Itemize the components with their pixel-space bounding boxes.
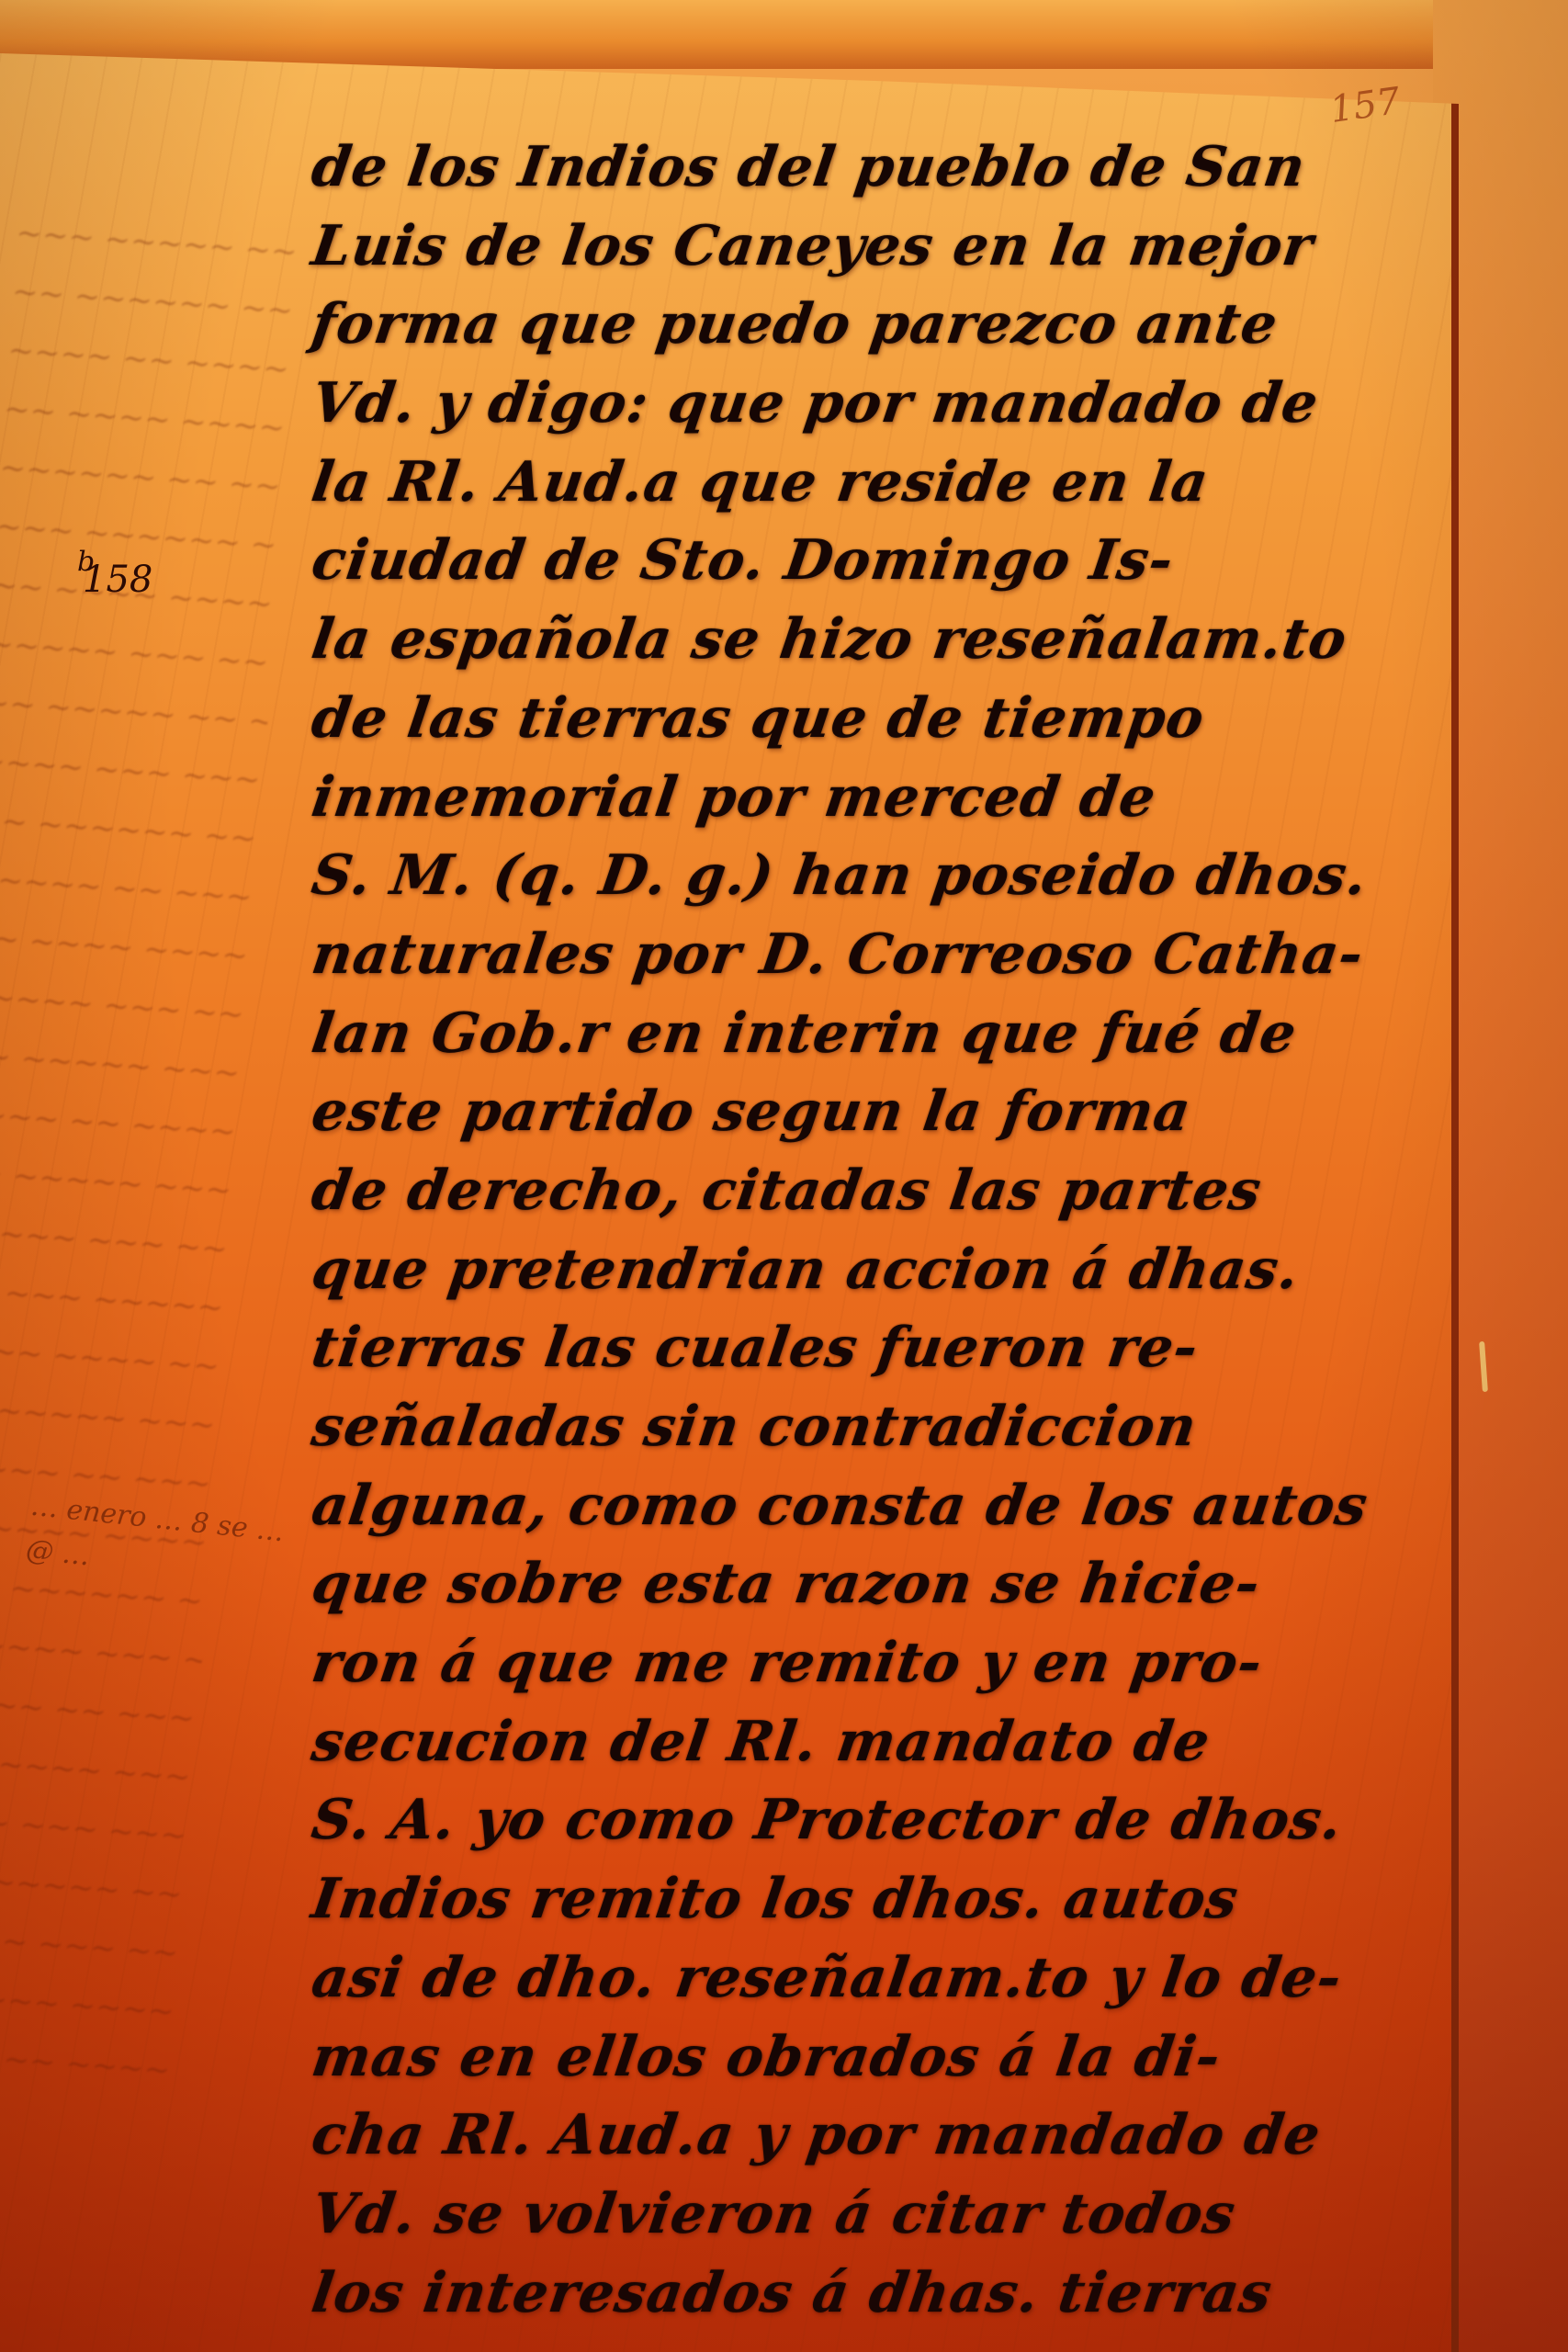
manuscript-line: de los Indios del pueblo de San	[307, 129, 1438, 208]
manuscript-line: la española se hizo reseñalam.to	[307, 601, 1438, 680]
manuscript-line: los interesados á dhas. tierras	[307, 2255, 1438, 2334]
backing-paper-top	[0, 0, 1568, 69]
manuscript-line: inmemorial por merced de	[307, 759, 1438, 838]
manuscript-line: S. A. yo como Protector de dhos.	[307, 1781, 1438, 1860]
manuscript-line: naturales por D. Correoso Catha-	[307, 916, 1438, 995]
manuscript-line: cha Rl. Aud.a y por mandado de	[307, 2097, 1438, 2176]
manuscript-body: de los Indios del pueblo de San Luis de …	[312, 129, 1433, 2333]
manuscript-line: que sobre esta razon se hicie-	[307, 1545, 1438, 1624]
manuscript-line: tierras las cuales fueron re-	[307, 1309, 1438, 1388]
margin-folio-mark: b	[77, 546, 95, 578]
manuscript-line: señaladas sin contradiccion	[307, 1388, 1438, 1467]
manuscript-line: este partido segun la forma	[307, 1073, 1438, 1152]
manuscript-line: ron á que me remito y en pro-	[307, 1624, 1438, 1703]
manuscript-line: forma que puedo parezco ante	[307, 286, 1438, 365]
margin-folio-number: b 158	[83, 559, 152, 601]
manuscript-line: lan Gob.r en interin que fué de	[307, 995, 1438, 1074]
manuscript-line: de derecho, citadas las partes	[307, 1152, 1438, 1231]
manuscript-line: Vd. se volvieron á citar todos	[307, 2176, 1438, 2255]
manuscript-line: alguna, como consta de los autos	[307, 1467, 1438, 1546]
manuscript-line: de las tierras que de tiempo	[307, 680, 1438, 759]
manuscript-line: secucion del Rl. mandato de	[307, 1703, 1438, 1782]
manuscript-line: asi de dho. reseñalam.to y lo de-	[307, 1939, 1438, 2018]
manuscript-line: ciudad de Sto. Domingo Is-	[307, 522, 1438, 601]
manuscript-line: S. M. (q. D. g.) han poseido dhos.	[307, 837, 1438, 916]
manuscript-line: Luis de los Caneyes en la mejor	[307, 208, 1438, 287]
manuscript-line: Indios remito los dhos. autos	[307, 1860, 1438, 1939]
manuscript-line: la Rl. Aud.a que reside en la	[307, 444, 1438, 523]
manuscript-line: que pretendrian accion á dhas.	[307, 1231, 1438, 1310]
manuscript-line: mas en ellos obrados á la di-	[307, 2018, 1438, 2098]
manuscript-line: Vd. y digo: que por mandado de	[307, 365, 1438, 444]
